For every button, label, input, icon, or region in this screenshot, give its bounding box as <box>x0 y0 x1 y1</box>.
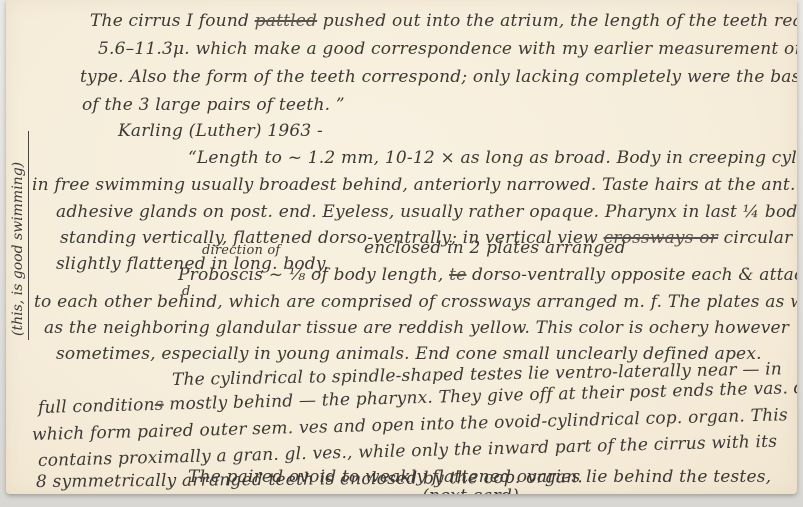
struck-text: s <box>154 395 163 415</box>
handwritten-line-13: Proboscis ~ ⅛ of body length, te dorso-v… <box>178 264 797 286</box>
handwritten-text: The paired ovoid to weakly flattened ova… <box>188 467 771 487</box>
handwritten-line-2: 5.6–11.3μ. which make a good corresponde… <box>98 38 797 60</box>
handwritten-text: “Length to ~ 1.2 mm, 10-12 × as long as … <box>188 148 797 168</box>
handwritten-line-8: adhesive glands on post. end. Eyeless, u… <box>56 201 797 223</box>
handwritten-line-3: type. Also the form of the teeth corresp… <box>80 66 797 88</box>
handwritten-text: as the neighboring glandular tissue are … <box>44 318 789 338</box>
handwritten-text: Proboscis ~ ⅛ of body length, <box>178 265 449 285</box>
struck-text: pattled <box>255 11 317 31</box>
handwritten-text: (next card) <box>422 486 519 494</box>
handwritten-line-11: direction of <box>202 240 280 262</box>
handwritten-text: Karling (Luther) 1963 - <box>118 121 323 141</box>
handwritten-line-4: of the 3 large pairs of teeth. ” <box>82 94 345 116</box>
handwritten-text: enclosed in 2 plates arranged <box>364 238 626 258</box>
handwritten-line-16: as the neighboring glandular tissue are … <box>44 317 789 339</box>
handwritten-text: pushed out into the atrium, the length o… <box>317 11 797 31</box>
handwritten-text: 5.6–11.3μ. which make a good corresponde… <box>98 39 797 59</box>
handwritten-text: The cirrus I found <box>90 11 255 31</box>
handwritten-line-6: “Length to ~ 1.2 mm, 10-12 × as long as … <box>188 147 797 169</box>
handwritten-text: of the 3 large pairs of teeth. ” <box>82 95 345 115</box>
handwritten-line-1: The cirrus I found pattled pushed out in… <box>90 10 797 32</box>
handwritten-line-15: to each other behind, which are comprise… <box>34 291 797 313</box>
handwritten-text: full condition <box>38 395 155 418</box>
handwritten-text: dorso-ventrally opposite each & attached <box>466 265 797 285</box>
handwritten-text: adhesive glands on post. end. Eyeless, u… <box>56 202 797 222</box>
handwritten-line-24: (next card) <box>422 485 519 494</box>
handwritten-line-7: in free swimming usually broadest behind… <box>32 174 797 196</box>
struck-text: te <box>449 265 466 285</box>
text-layer: The cirrus I found pattled pushed out in… <box>6 0 797 494</box>
index-card: (this, is good swimming) The cirrus I fo… <box>6 0 797 494</box>
handwritten-line-5: Karling (Luther) 1963 - <box>118 120 323 142</box>
handwritten-text: type. Also the form of the teeth corresp… <box>80 67 797 87</box>
scan-background: (this, is good swimming) The cirrus I fo… <box>0 0 803 507</box>
handwritten-text: circular to <box>718 228 797 248</box>
handwritten-text: direction of <box>202 243 280 258</box>
handwritten-text: to each other behind, which are comprise… <box>34 292 797 312</box>
handwritten-text: in free swimming usually broadest behind… <box>32 175 797 195</box>
handwritten-line-12: enclosed in 2 plates arranged <box>364 237 626 259</box>
